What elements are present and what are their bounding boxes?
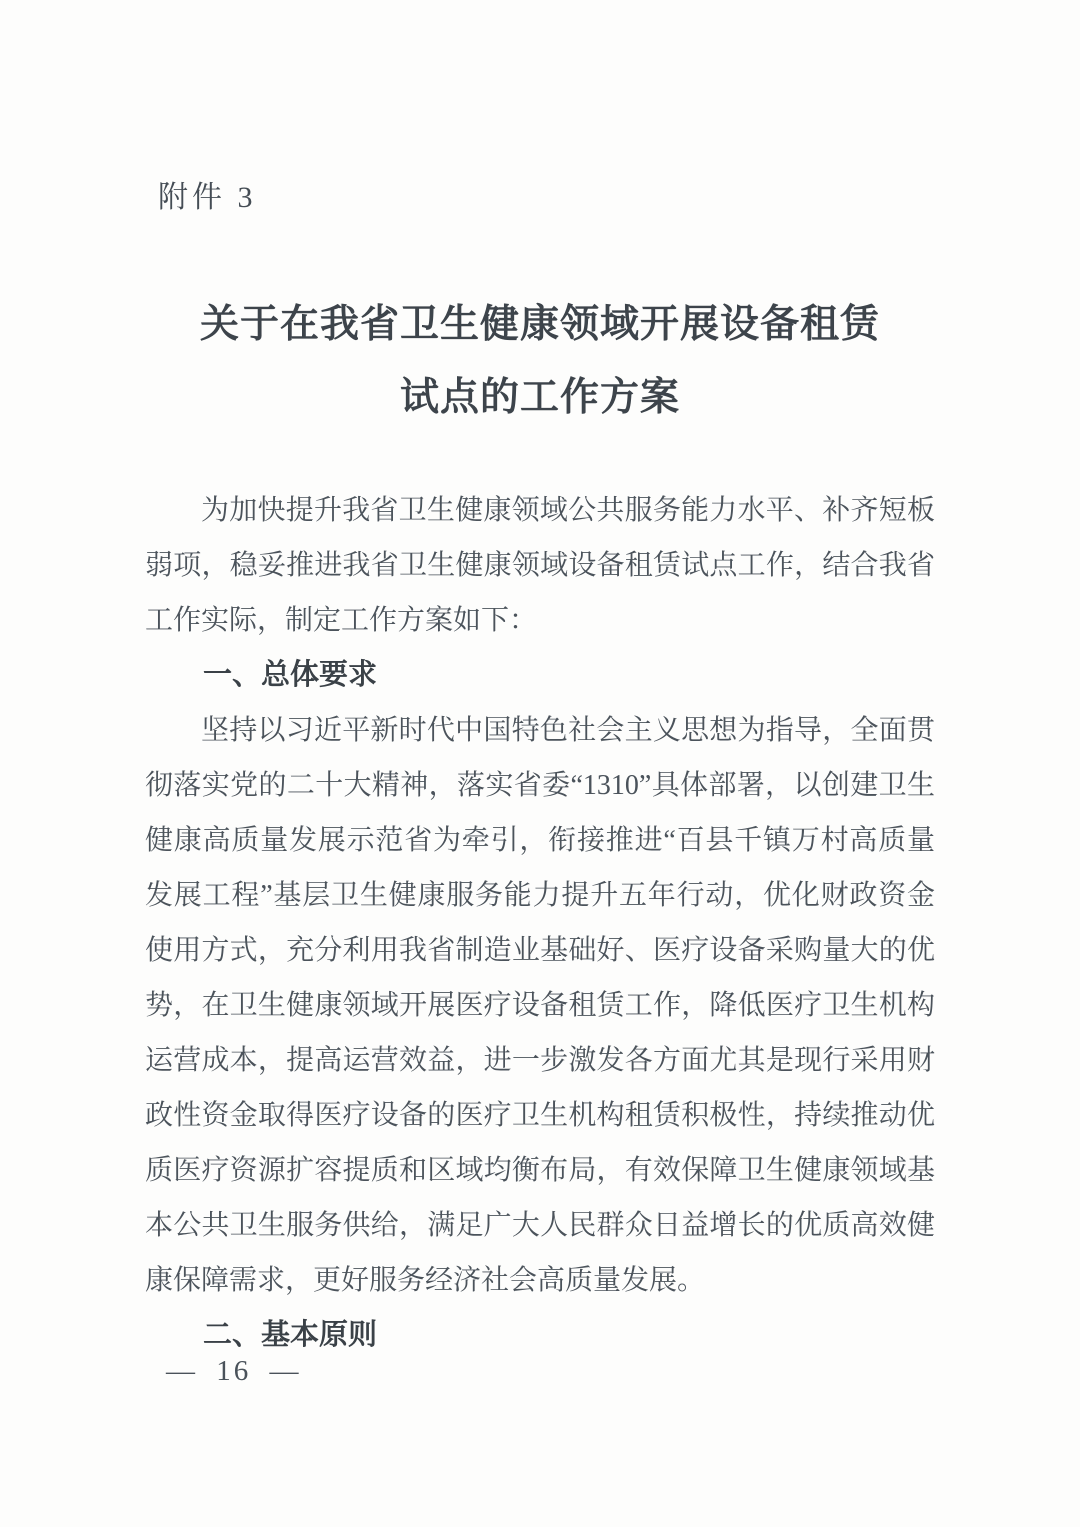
document-page: 附件 3 关于在我省卫生健康领域开展设备租赁 试点的工作方案 为加快提升我省卫生… [0, 0, 1080, 1527]
section-heading-1: 一、总体要求 [145, 648, 935, 703]
document-title: 关于在我省卫生健康领域开展设备租赁 试点的工作方案 [0, 288, 1080, 434]
page-number: — 16 — [166, 1355, 302, 1388]
document-title-line-2: 试点的工作方案 [0, 361, 1080, 434]
document-title-line-1: 关于在我省卫生健康领域开展设备租赁 [0, 288, 1080, 361]
attachment-label: 附件 3 [158, 172, 257, 216]
paragraph-intro: 为加快提升我省卫生健康领域公共服务能力水平、补齐短板弱项，稳妥推进我省卫生健康领… [145, 483, 935, 648]
document-body: 为加快提升我省卫生健康领域公共服务能力水平、补齐短板弱项，稳妥推进我省卫生健康领… [145, 483, 935, 1363]
paragraph-general-requirements: 坚持以习近平新时代中国特色社会主义思想为指导，全面贯彻落实党的二十大精神，落实省… [145, 703, 935, 1308]
